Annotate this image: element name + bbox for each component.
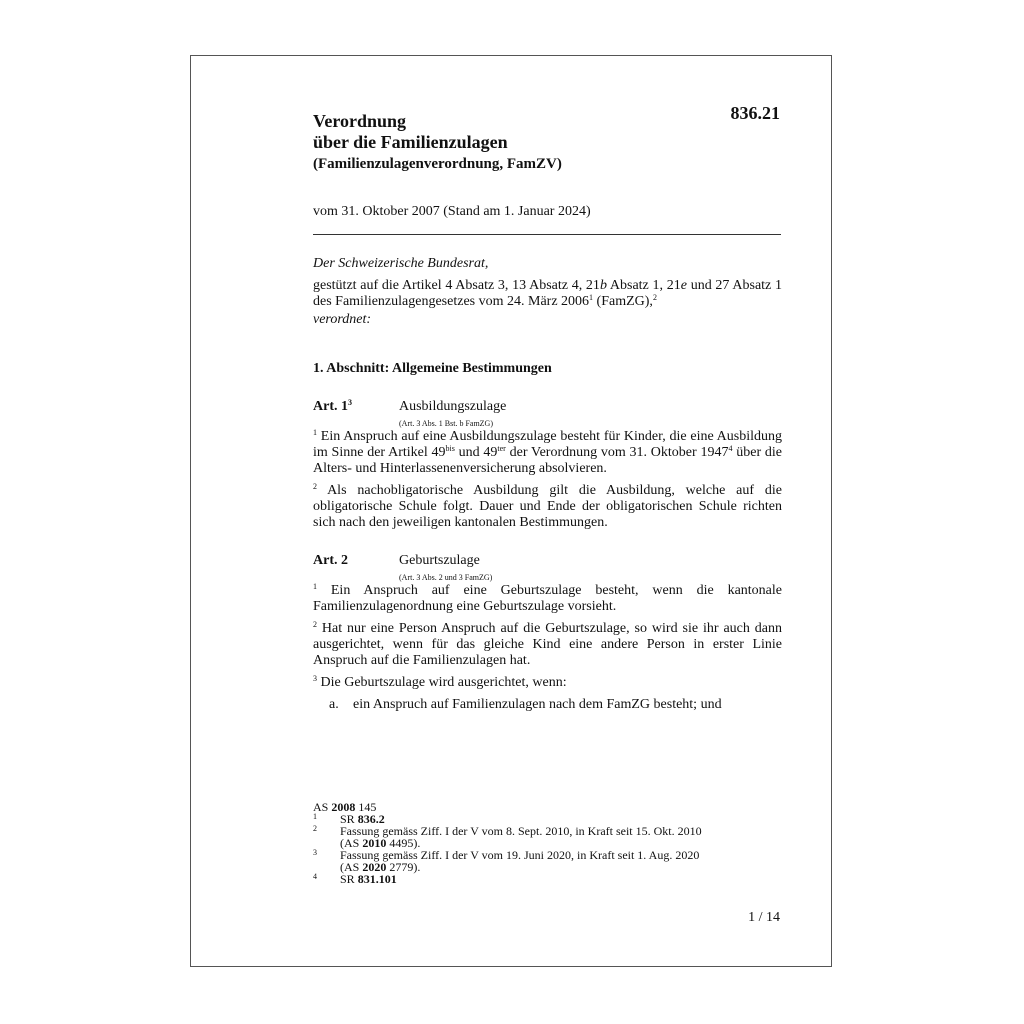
article-paragraph: 2 Hat nur eine Person Anspruch auf die G… xyxy=(313,621,782,669)
preamble-authority: Der Schweizerische Bundesrat, xyxy=(313,256,782,272)
article-paragraph: 1 Ein Anspruch auf eine Geburtszulage be… xyxy=(313,583,782,615)
title-line-1: Verordnung xyxy=(313,111,508,132)
sr-number: 836.21 xyxy=(731,103,781,124)
article-1: Art. 13 Ausbildungszulage (Art. 3 Abs. 1… xyxy=(313,399,782,537)
header-divider xyxy=(313,234,781,235)
footnote-ref-2[interactable]: 2 xyxy=(653,293,657,302)
article-paragraph: 1 Ein Anspruch auf eine Ausbildungszulag… xyxy=(313,429,782,477)
list-item: a. ein Anspruch auf Familienzulagen nach… xyxy=(313,697,782,713)
article-number: Art. 2 xyxy=(313,553,348,569)
document-subtitle: (Familienzulagenverordnung, FamZV) xyxy=(313,156,562,173)
article-number: Art. 13 xyxy=(313,399,352,415)
document-title: Verordnung über die Familienzulagen xyxy=(313,111,508,153)
title-line-2: über die Familienzulagen xyxy=(313,132,508,153)
preamble: Der Schweizerische Bundesrat, gestützt a… xyxy=(313,256,782,334)
footnote-4: 4SR 831.101 xyxy=(313,873,702,885)
article-2: Art. 2 Geburtszulage (Art. 3 Abs. 2 und … xyxy=(313,553,782,713)
article-title: Ausbildungszulage xyxy=(399,399,506,415)
document-page: Verordnung über die Familienzulagen (Fam… xyxy=(190,55,832,967)
page-indicator: 1 / 14 xyxy=(748,910,780,926)
section-heading: 1. Abschnitt: Allgemeine Bestimmungen xyxy=(313,361,552,377)
article-title: Geburtszulage xyxy=(399,553,480,569)
footnotes: AS 2008 145 1SR 836.2 2Fassung gemäss Zi… xyxy=(313,801,702,885)
article-reference: (Art. 3 Abs. 2 und 3 FamZG) xyxy=(399,570,492,586)
preamble-decree: verordnet: xyxy=(313,312,782,328)
article-paragraph: 3 Die Geburtszulage wird ausgerichtet, w… xyxy=(313,675,782,691)
footnote-3: 3Fassung gemäss Ziff. I der V vom 19. Ju… xyxy=(313,849,702,873)
footnote-2: 2Fassung gemäss Ziff. I der V vom 8. Sep… xyxy=(313,825,702,849)
footnote-ref-3[interactable]: 3 xyxy=(348,398,352,407)
article-paragraph: 2 Als nachobligatorische Ausbildung gilt… xyxy=(313,483,782,531)
preamble-basis: gestützt auf die Artikel 4 Absatz 3, 13 … xyxy=(313,278,782,310)
article-reference: (Art. 3 Abs. 1 Bst. b FamZG) xyxy=(399,416,493,432)
document-date: vom 31. Oktober 2007 (Stand am 1. Januar… xyxy=(313,204,591,220)
